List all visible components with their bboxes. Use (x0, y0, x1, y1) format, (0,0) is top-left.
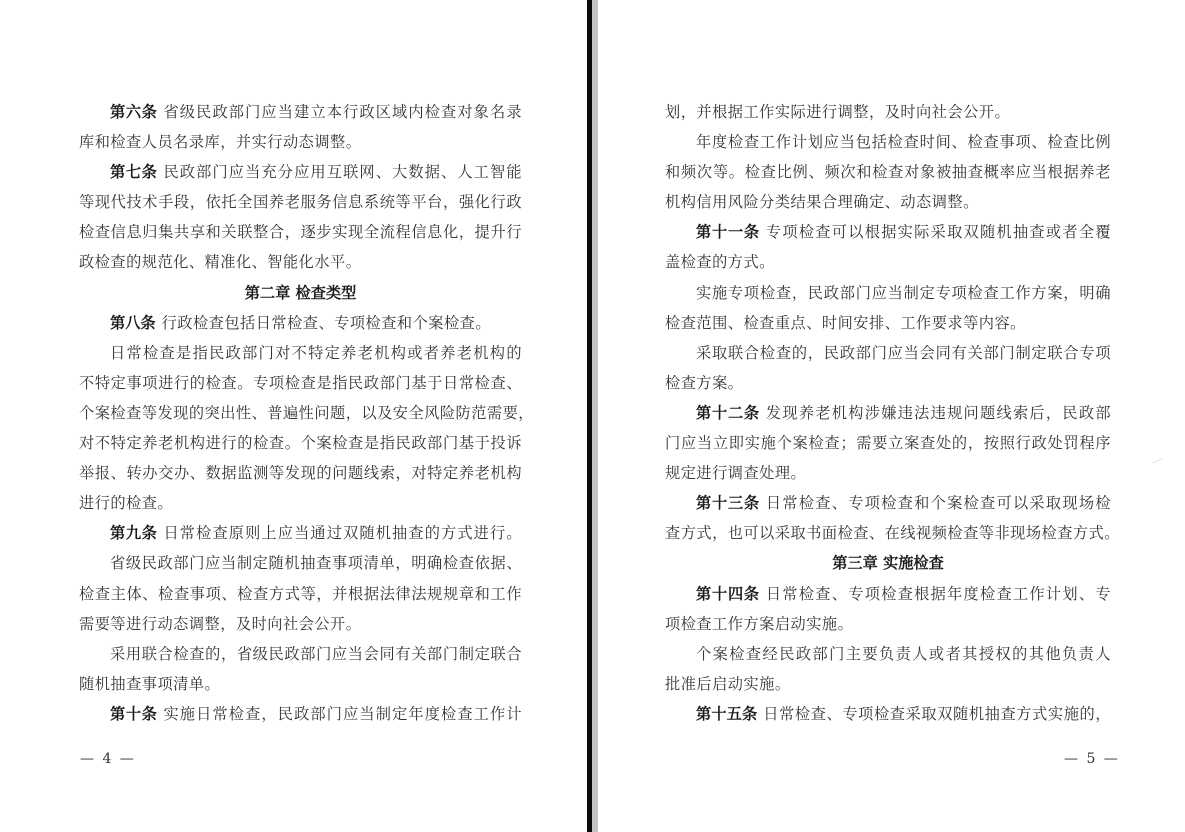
article-number: 第十一条 (696, 223, 760, 241)
text-line: 检查信息归集共享和关联整合，逐步实现全流程信息化，提升行 (79, 217, 522, 247)
article-first-line: 第七条民政部门应当充分应用互联网、大数据、人工智能 (79, 157, 522, 187)
line-text: 不特定事项进行的检查。专项检查是指民政部门基于日常检查、 (79, 374, 522, 392)
line-text: 日常检查、专项检查采取双随机抽查方式实施的， (763, 705, 1111, 723)
article-number: 第八条 (110, 314, 156, 332)
line-text: 检查主体、检查事项、检查方式等，并根据法律法规规章和工作 (79, 585, 522, 603)
line-text: 民政部门应当充分应用互联网、大数据、人工智能 (163, 163, 522, 181)
chapter-heading: 第三章 实施检查 (665, 548, 1111, 578)
text-line: 门应当立即实施个案检查；需要立案查处的，按照行政处罚程序 (665, 428, 1111, 458)
text-line: 检查主体、检查事项、检查方式等，并根据法律法规规章和工作 (79, 579, 522, 609)
chapter-heading: 第二章 检查类型 (79, 278, 522, 308)
text-line: 规定进行调查处理。 (665, 458, 1111, 488)
page-4-body: 第六条省级民政部门应当建立本行政区域内检查对象名录库和检查人员名录库，并实行动态… (79, 97, 522, 729)
line-text: 日常检查、专项检查根据年度检查工作计划、专 (766, 585, 1111, 603)
article-number: 第十五条 (696, 705, 757, 723)
line-text: 采用联合检查的，省级民政部门应当会同有关部门制定联合 (110, 645, 522, 663)
page-number: — 5 — (1064, 751, 1120, 767)
text-line: 机构信用风险分类结果合理确定、动态调整。 (665, 187, 1111, 217)
text-line: 个案检查等发现的突出性、普遍性问题，以及安全风险防范需要， (79, 398, 522, 428)
line-text: 检查方案。 (665, 374, 743, 392)
line-text: 规定进行调查处理。 (665, 464, 806, 482)
text-line: 等现代技术手段，依托全国养老服务信息系统等平台，强化行政 (79, 187, 522, 217)
text-line: 和频次等。检查比例、频次和检查对象被抽查概率应当根据养老 (665, 157, 1111, 187)
article-first-line: 第十一条专项检查可以根据实际采取双随机抽查或者全覆 (665, 217, 1111, 247)
article-first-line: 第八条行政检查包括日常检查、专项检查和个案检查。 (79, 308, 522, 338)
article-first-line: 第十条实施日常检查，民政部门应当制定年度检查工作计 (79, 699, 522, 729)
text-line: 划，并根据工作实际进行调整，及时向社会公开。 (665, 97, 1111, 127)
text-line: 政检查的规范化、精准化、智能化水平。 (79, 247, 522, 277)
line-text: 省级民政部门应当建立本行政区域内检查对象名录 (163, 103, 522, 121)
text-line: 采用联合检查的，省级民政部门应当会同有关部门制定联合 (79, 639, 522, 669)
article-number: 第九条 (110, 524, 157, 542)
text-line: 检查方案。 (665, 368, 1111, 398)
article-first-line: 第十三条日常检查、专项检查和个案检查可以采取现场检 (665, 488, 1111, 518)
line-text: 检查范围、检查重点、时间安排、工作要求等内容。 (665, 314, 1026, 332)
line-text: 项检查工作方案启动实施。 (665, 615, 853, 633)
text-line: 需要等进行动态调整，及时向社会公开。 (79, 609, 522, 639)
text-line: 进行的检查。 (79, 488, 522, 518)
line-text: 随机抽查事项清单。 (79, 675, 220, 693)
line-text: 进行的检查。 (79, 494, 173, 512)
line-text: 举报、转办交办、数据监测等发现的问题线索，对特定养老机构 (79, 464, 522, 482)
line-text: 实施日常检查，民政部门应当制定年度检查工作计 (163, 705, 522, 723)
line-text: 机构信用风险分类结果合理确定、动态调整。 (665, 193, 979, 211)
line-text: 需要等进行动态调整，及时向社会公开。 (79, 615, 361, 633)
article-first-line: 第十四条日常检查、专项检查根据年度检查工作计划、专 (665, 579, 1111, 609)
text-line: 查方式，也可以采取书面检查、在线视频检查等非现场检查方式。 (665, 518, 1111, 548)
scan-speck (1153, 458, 1165, 469)
line-text: 省级民政部门应当制定随机抽查事项清单，明确检查依据、 (110, 554, 522, 572)
text-line: 随机抽查事项清单。 (79, 669, 522, 699)
line-text: 个案检查经民政部门主要负责人或者其授权的其他负责人 (696, 645, 1111, 663)
article-number: 第十三条 (696, 494, 760, 512)
line-text: 发现养老机构涉嫌违法违规问题线索后，民政部 (766, 404, 1111, 422)
page-number: — 4 — (80, 751, 136, 767)
line-text: 库和检查人员名录库，并实行动态调整。 (79, 133, 361, 151)
text-line: 库和检查人员名录库，并实行动态调整。 (79, 127, 522, 157)
text-line: 检查范围、检查重点、时间安排、工作要求等内容。 (665, 308, 1111, 338)
text-line: 日常检查是指民政部门对不特定养老机构或者养老机构的 (79, 338, 522, 368)
line-text: 查方式，也可以采取书面检查、在线视频检查等非现场检查方式。 (665, 524, 1120, 542)
text-line: 不特定事项进行的检查。专项检查是指民政部门基于日常检查、 (79, 368, 522, 398)
text-line: 举报、转办交办、数据监测等发现的问题线索，对特定养老机构 (79, 458, 522, 488)
line-text: 行政检查包括日常检查、专项检查和个案检查。 (162, 314, 491, 332)
line-text: 政检查的规范化、精准化、智能化水平。 (79, 253, 361, 271)
article-number: 第七条 (110, 163, 157, 181)
line-text: 采取联合检查的，民政部门应当会同有关部门制定联合专项 (696, 344, 1111, 362)
text-line: 年度检查工作计划应当包括检查时间、检查事项、检查比例 (665, 127, 1111, 157)
text-line: 盖检查的方式。 (665, 247, 1111, 277)
line-text: 和频次等。检查比例、频次和检查对象被抽查概率应当根据养老 (665, 163, 1111, 181)
article-number: 第十二条 (696, 404, 760, 422)
line-text: 个案检查等发现的突出性、普遍性问题，以及安全风险防范需要， (79, 404, 534, 422)
text-line: 采取联合检查的，民政部门应当会同有关部门制定联合专项 (665, 338, 1111, 368)
line-text: 日常检查、专项检查和个案检查可以采取现场检 (766, 494, 1111, 512)
line-text: 对不特定养老机构进行的检查。个案检查是指民政部门基于投诉 (79, 434, 522, 452)
text-line: 个案检查经民政部门主要负责人或者其授权的其他负责人 (665, 639, 1111, 669)
article-first-line: 第十五条日常检查、专项检查采取双随机抽查方式实施的， (665, 699, 1111, 729)
article-number: 第十条 (110, 705, 157, 723)
line-text: 盖检查的方式。 (665, 253, 775, 271)
document-page-5: 划，并根据工作实际进行调整，及时向社会公开。年度检查工作计划应当包括检查时间、检… (598, 0, 1185, 832)
text-line: 项检查工作方案启动实施。 (665, 609, 1111, 639)
text-line: 实施专项检查，民政部门应当制定专项检查工作方案，明确 (665, 278, 1111, 308)
line-text: 检查信息归集共享和关联整合，逐步实现全流程信息化，提升行 (79, 223, 522, 241)
page-5-body: 划，并根据工作实际进行调整，及时向社会公开。年度检查工作计划应当包括检查时间、检… (665, 97, 1111, 729)
line-text: 实施专项检查，民政部门应当制定专项检查工作方案，明确 (696, 284, 1111, 302)
article-first-line: 第十二条发现养老机构涉嫌违法违规问题线索后，民政部 (665, 398, 1111, 428)
line-text: 等现代技术手段，依托全国养老服务信息系统等平台，强化行政 (79, 193, 522, 211)
line-text: 批准后启动实施。 (665, 675, 791, 693)
line-text: 年度检查工作计划应当包括检查时间、检查事项、检查比例 (696, 133, 1111, 151)
line-text: 专项检查可以根据实际采取双随机抽查或者全覆 (766, 223, 1111, 241)
article-first-line: 第六条省级民政部门应当建立本行政区域内检查对象名录 (79, 97, 522, 127)
text-line: 批准后启动实施。 (665, 669, 1111, 699)
text-line: 省级民政部门应当制定随机抽查事项清单，明确检查依据、 (79, 548, 522, 578)
line-text: 门应当立即实施个案检查；需要立案查处的，按照行政处罚程序 (665, 434, 1111, 452)
article-number: 第六条 (110, 103, 157, 121)
article-number: 第十四条 (696, 585, 760, 603)
article-first-line: 第九条日常检查原则上应当通过双随机抽查的方式进行。 (79, 518, 522, 548)
line-text: 日常检查原则上应当通过双随机抽查的方式进行。 (163, 524, 522, 542)
line-text: 日常检查是指民政部门对不特定养老机构或者养老机构的 (110, 344, 522, 362)
line-text: 划，并根据工作实际进行调整，及时向社会公开。 (665, 103, 1010, 121)
text-line: 对不特定养老机构进行的检查。个案检查是指民政部门基于投诉 (79, 428, 522, 458)
document-page-4: 第六条省级民政部门应当建立本行政区域内检查对象名录库和检查人员名录库，并实行动态… (0, 0, 587, 832)
